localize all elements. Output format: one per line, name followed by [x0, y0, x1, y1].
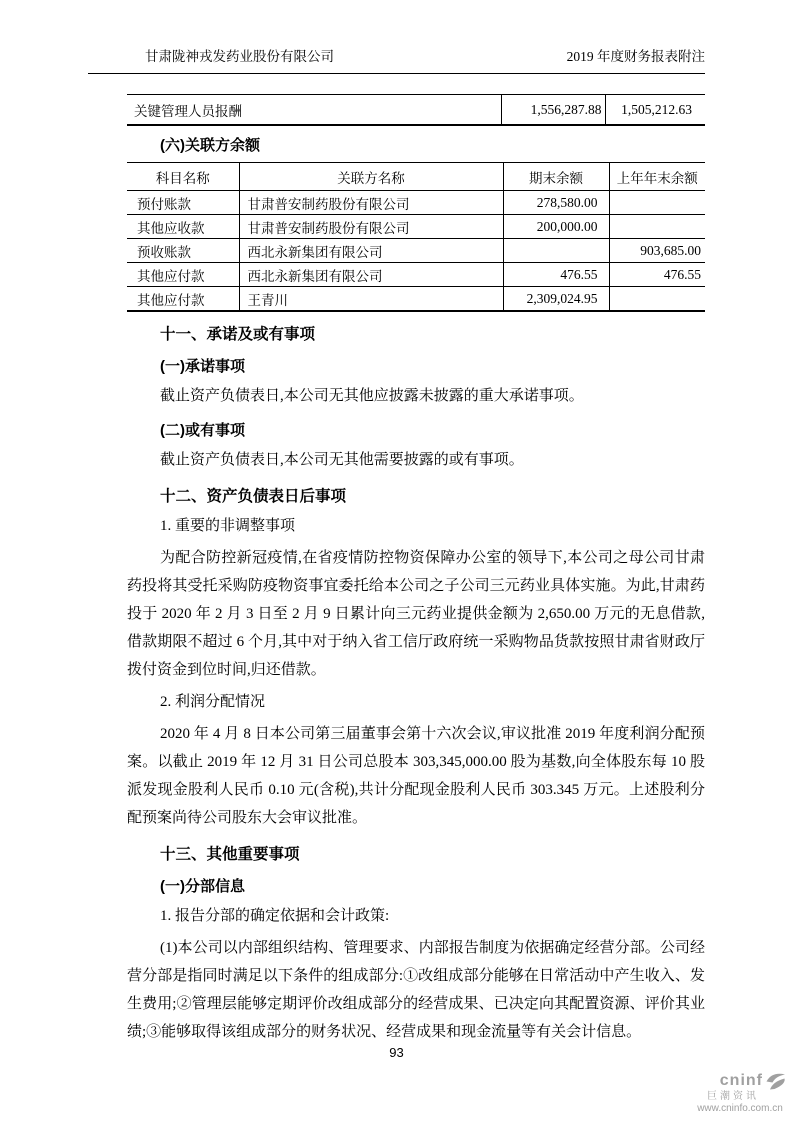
list-item-title: 1. 重要的非调整事项: [127, 512, 705, 540]
document-body: 十一、承诺及或有事项 (一)承诺事项 截止资产负债表日,本公司无其他应披露未披露…: [127, 324, 705, 1046]
paragraph: (1)本公司以内部组织结构、管理要求、内部报告制度为依据确定经营分部。公司经营分…: [127, 934, 705, 1046]
table-cell-ending-balance: 1,556,287.88: [501, 95, 605, 126]
paragraph: 截止资产负债表日,本公司无其他需要披露的或有事项。: [127, 446, 705, 474]
document-page: 甘肃陇神戎发药业股份有限公司 2019 年度财务报表附注 关键管理人员报酬 1,…: [0, 0, 793, 1122]
table-row: 预付账款 甘肃普安制药股份有限公司 278,580.00: [127, 191, 705, 215]
table-cell: 预付账款: [127, 191, 239, 215]
table-cell: 903,685.00: [609, 239, 705, 263]
key-management-compensation-table: 关键管理人员报酬 1,556,287.88 1,505,212.63: [127, 94, 705, 126]
table-cell: 278,580.00: [503, 191, 609, 215]
table-cell: 预收账款: [127, 239, 239, 263]
table-row: 预收账款 西北永新集团有限公司 903,685.00: [127, 239, 705, 263]
table-row: 其他应付款 王青川 2,309,024.95: [127, 287, 705, 312]
report-title: 2019 年度财务报表附注: [567, 48, 705, 66]
list-item-title: 1. 报告分部的确定依据和会计政策:: [127, 902, 705, 930]
cninfo-url: www.cninfo.com.cn: [690, 1103, 790, 1114]
table-cell: [609, 215, 705, 239]
section-heading-commitments: 十一、承诺及或有事项: [160, 324, 705, 346]
column-header: 科目名称: [127, 163, 239, 191]
table-cell: [503, 239, 609, 263]
section-heading-post-balance-events: 十二、资产负债表日后事项: [160, 486, 705, 508]
table-cell: 其他应付款: [127, 263, 239, 287]
table-cell-prior-balance: 1,505,212.63: [605, 95, 705, 126]
column-header: 期末余额: [503, 163, 609, 191]
subsection-heading-segment-information: (一)分部信息: [160, 876, 705, 898]
table-cell: 甘肃普安制药股份有限公司: [239, 215, 503, 239]
table-cell: 476.55: [503, 263, 609, 287]
table-cell: 其他应收款: [127, 215, 239, 239]
cninfo-chinese-name: 巨潮资讯: [690, 1091, 790, 1102]
table-row: 其他应付款 西北永新集团有限公司 476.55 476.55: [127, 263, 705, 287]
cninfo-brand-text: cninf: [720, 1072, 763, 1090]
related-party-balance-table: 科目名称 关联方名称 期末余额 上年年末余额 预付账款 甘肃普安制药股份有限公司…: [127, 162, 705, 312]
page-header: 甘肃陇神戎发药业股份有限公司 2019 年度财务报表附注: [88, 0, 705, 74]
subsection-heading-contingencies: (二)或有事项: [160, 420, 705, 442]
table-cell: 西北永新集团有限公司: [239, 239, 503, 263]
section-heading-related-party-balance: (六)关联方余额: [160, 136, 793, 156]
table-cell: [609, 191, 705, 215]
table-cell: 王青川: [239, 287, 503, 312]
table-cell-label: 关键管理人员报酬: [127, 95, 501, 126]
page-number: 93: [0, 1045, 793, 1060]
table-cell: 2,309,024.95: [503, 287, 609, 312]
paragraph: 截止资产负债表日,本公司无其他应披露未披露的重大承诺事项。: [127, 382, 705, 410]
table-cell: 200,000.00: [503, 215, 609, 239]
list-item-title: 2. 利润分配情况: [127, 688, 705, 716]
table-cell: 甘肃普安制药股份有限公司: [239, 191, 503, 215]
subsection-heading-commitment-items: (一)承诺事项: [160, 356, 705, 378]
table-cell: 476.55: [609, 263, 705, 287]
cninfo-brand-row: cninf: [690, 1072, 790, 1090]
section-heading-other-important-matters: 十三、其他重要事项: [160, 844, 705, 866]
cninfo-swirl-icon: [765, 1073, 786, 1090]
table-cell: 西北永新集团有限公司: [239, 263, 503, 287]
paragraph: 2020 年 4 月 8 日本公司第三届董事会第十六次会议,审议批准 2019 …: [127, 720, 705, 832]
table-row: 关键管理人员报酬 1,556,287.88 1,505,212.63: [127, 95, 705, 126]
column-header: 上年年末余额: [609, 163, 705, 191]
table-row: 其他应收款 甘肃普安制药股份有限公司 200,000.00: [127, 215, 705, 239]
cninfo-logo: cninf 巨潮资讯 www.cninfo.com.cn: [690, 1072, 790, 1114]
table-cell: 其他应付款: [127, 287, 239, 312]
table-header-row: 科目名称 关联方名称 期末余额 上年年末余额: [127, 163, 705, 191]
company-name: 甘肃陇神戎发药业股份有限公司: [145, 48, 334, 66]
paragraph: 为配合防控新冠疫情,在省疫情防控物资保障办公室的领导下,本公司之母公司甘肃药投将…: [127, 544, 705, 684]
table-cell: [609, 287, 705, 312]
column-header: 关联方名称: [239, 163, 503, 191]
